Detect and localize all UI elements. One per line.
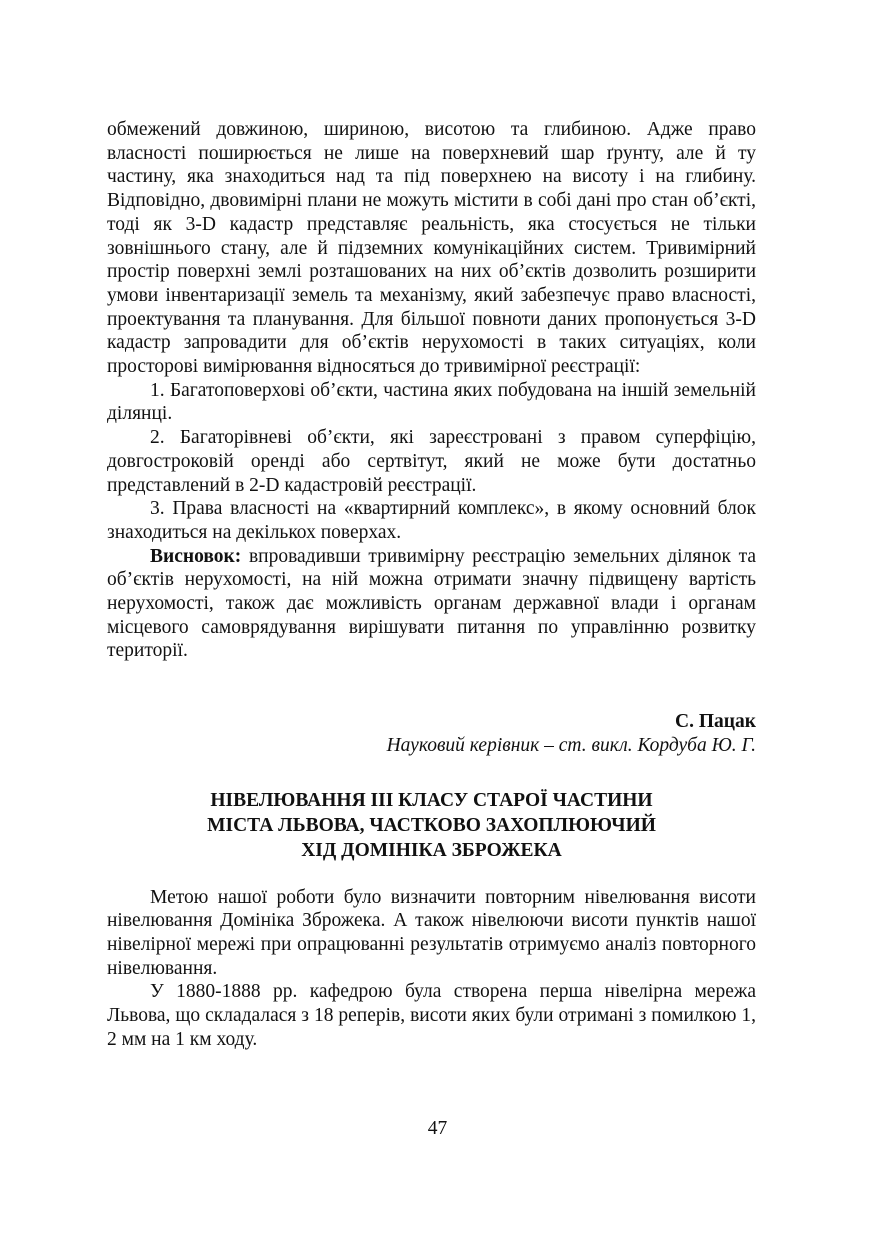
article-body: Метою нашої роботи було визначити повтор… bbox=[107, 886, 756, 1052]
author-name: С. Пацак bbox=[107, 710, 756, 734]
list-item-2: 2. Багаторівневі об’єкти, які зареєстров… bbox=[107, 426, 756, 497]
paragraph-intro: обмежений довжиною, шириною, висотою та … bbox=[107, 118, 756, 379]
document-page: обмежений довжиною, шириною, висотою та … bbox=[107, 118, 756, 1052]
list-item-1: 1. Багатоповерхові об’єкти, частина яких… bbox=[107, 379, 756, 426]
page-number: 47 bbox=[0, 1118, 875, 1140]
article-title: НІВЕЛЮВАННЯ ІІІ КЛАСУ СТАРОЇ ЧАСТИНИ МІС… bbox=[107, 788, 756, 863]
conclusion-paragraph: Висновок: впровадивши тривимірну реєстра… bbox=[107, 545, 756, 664]
list-item-3: 3. Права власності на «квартирний компле… bbox=[107, 497, 756, 544]
supervisor-line: Науковий керівник – ст. викл. Кордуба Ю.… bbox=[107, 734, 756, 758]
article-title-line-2: МІСТА ЛЬВОВА, ЧАСТКОВО ЗАХОПЛЮЮЧИЙ bbox=[107, 813, 756, 838]
conclusion-label: Висновок: bbox=[150, 546, 241, 567]
author-block: С. Пацак Науковий керівник – ст. викл. К… bbox=[107, 710, 756, 757]
article-title-line-3: ХІД ДОМІНІКА ЗБРОЖЕКА bbox=[107, 838, 756, 863]
article-title-line-1: НІВЕЛЮВАННЯ ІІІ КЛАСУ СТАРОЇ ЧАСТИНИ bbox=[107, 788, 756, 813]
paragraph-history: У 1880-1888 рр. кафедрою була створена п… bbox=[107, 980, 756, 1051]
paragraph-goal: Метою нашої роботи було визначити повтор… bbox=[107, 886, 756, 981]
